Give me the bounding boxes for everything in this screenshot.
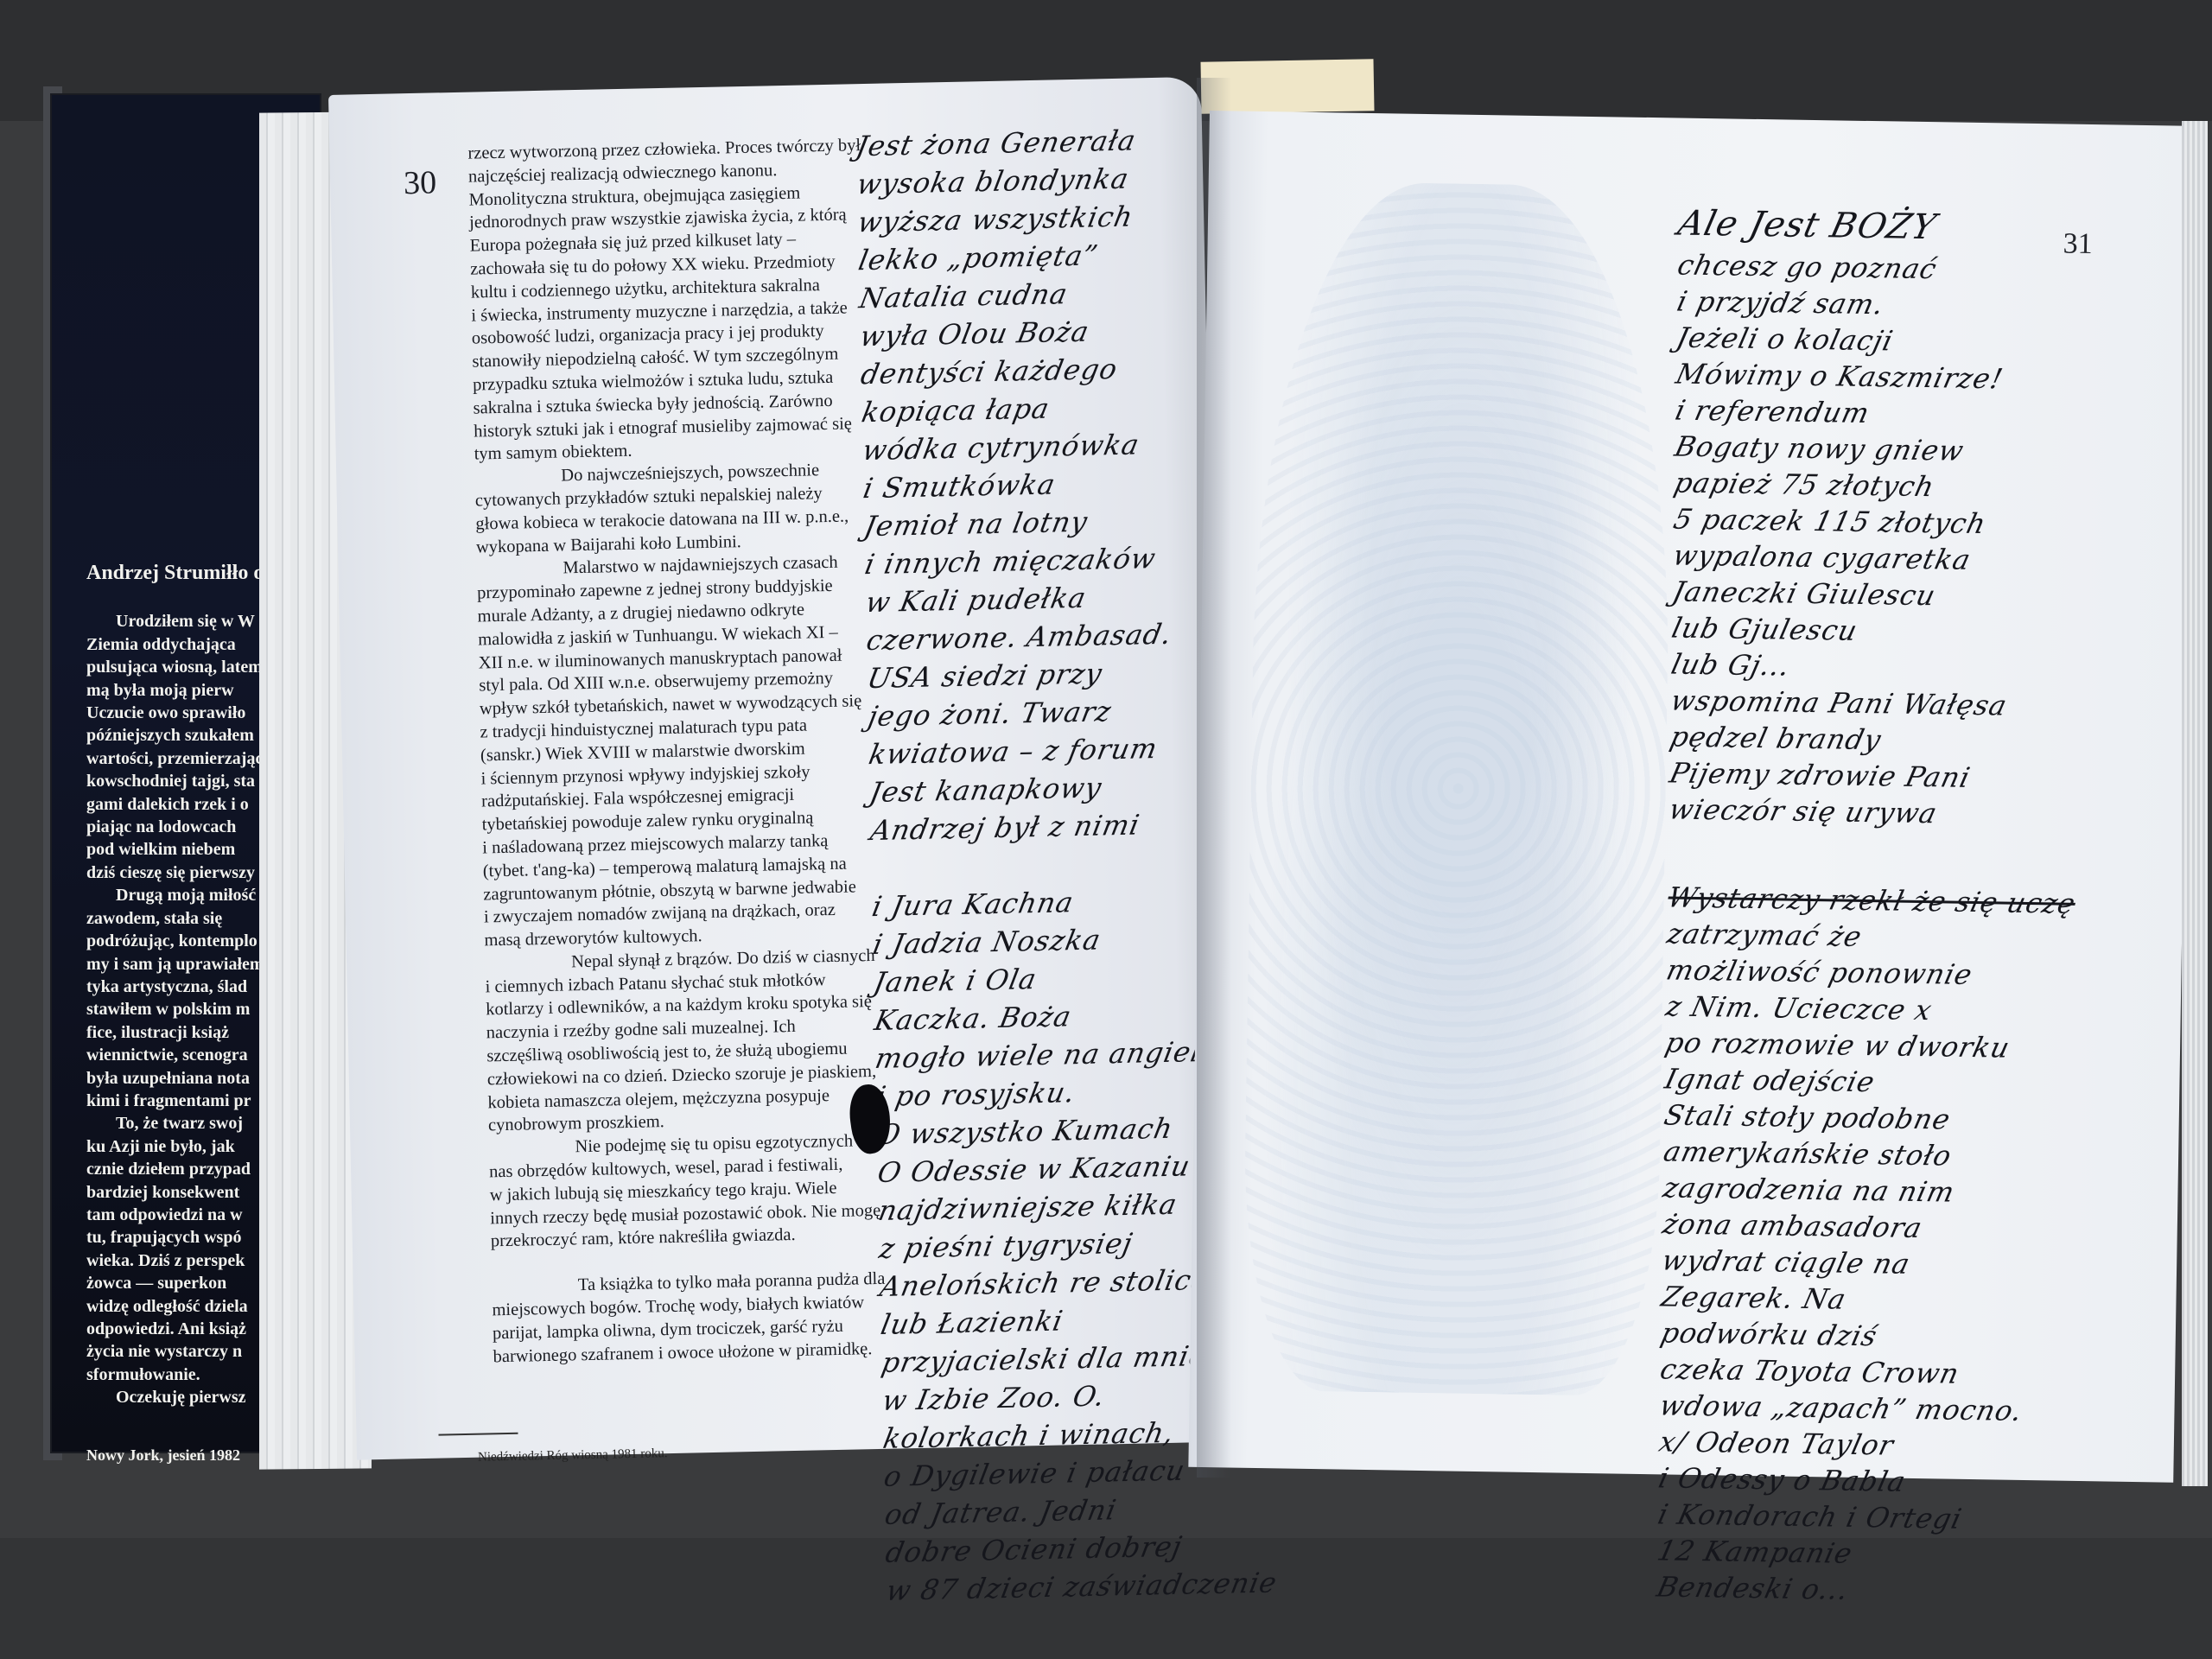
handwritten-line: możliwość ponownie [1663, 952, 2069, 995]
faint-illustration [1242, 181, 1675, 1396]
handwritten-line: lub Gjulescu [1669, 610, 2075, 652]
handwritten-line: i Odessy o Babla [1655, 1459, 2061, 1502]
footnote: Niedźwiedzi Róg wiosną 1981 roku. [478, 1446, 668, 1465]
book-spine-shadow [1197, 78, 1231, 1478]
handwritten-line: zagrodzenia na nim [1660, 1169, 2066, 1211]
handwritten-line: żona ambasadora [1659, 1205, 2065, 1248]
handwritten-line [1663, 828, 2073, 886]
left-page: 30 rzecz wytworzoną przez człowieka. Pro… [328, 77, 1230, 1460]
handwritten-line: wieczór się urywa [1666, 791, 2072, 834]
handwritten-line: amerykańskie stoło [1660, 1133, 2066, 1175]
handwritten-line: Zegarek. Na [1658, 1278, 2064, 1320]
handwritten-line: Bendeski o... [1653, 1568, 2059, 1611]
handwritten-line: wdowa „zapach” mocno. [1656, 1387, 2063, 1429]
printed-text: rzecz wytworzoną przez człowieka. Proces… [467, 133, 925, 1369]
handwritten-line: papież 75 złotych [1671, 465, 2077, 507]
handwritten-line: z Nim. Ucieczce x [1662, 988, 2069, 1031]
handwriting-left: Jest żona Generaławysoka blondynkawyższa… [856, 120, 1216, 1610]
handwritten-line: lub Gj... [1668, 646, 2074, 689]
page-number-left: 30 [404, 163, 437, 202]
handwritten-line: wspomina Pani Wałęsa [1668, 683, 2074, 725]
handwritten-line: Ale Jest BOŻY [1674, 200, 2082, 253]
handwritten-line: 5 paczek 115 złotych [1670, 501, 2076, 543]
handwritten-line: i przyjdź sam. [1674, 283, 2080, 326]
handwritten-line: podwórku dziś [1657, 1314, 2063, 1357]
handwritten-line: Mówimy o Kaszmirze! [1672, 356, 2078, 398]
page-stack-right [2182, 121, 2208, 1486]
handwritten-line: Bogaty nowy gniew [1671, 429, 2077, 471]
handwritten-line: wypalona cygaretka [1669, 537, 2075, 580]
handwritten-line: 12 Kampanie [1654, 1532, 2060, 1574]
handwritten-line: w 87 dzieci zaświadczenie [883, 1565, 1218, 1610]
handwritten-line: wydrat ciągle na [1658, 1242, 2064, 1284]
handwritten-line: Ignat odejście [1662, 1060, 2068, 1103]
right-page: 31 Ale Jest BOŻYchcesz go poznaći przyjd… [1188, 111, 2195, 1483]
handwritten-line: i Kondorach i Ortegi [1655, 1496, 2061, 1538]
handwriting-right: Ale Jest BOŻYchcesz go poznaći przyjdź s… [1657, 200, 2076, 1611]
handwritten-line: x/ Odeon Taylor [1656, 1423, 2062, 1465]
footnote-rule [438, 1433, 518, 1436]
handwritten-line: Stali stoły podobne [1661, 1096, 2067, 1139]
handwritten-line: pędzel brandy [1667, 719, 2073, 761]
handwritten-line: chcesz go poznać [1674, 247, 2080, 289]
handwritten-line: czeka Toyota Crown [1656, 1351, 2063, 1393]
handwritten-line: po rozmowie w dworku [1662, 1025, 2068, 1067]
handwritten-line: zatrzymać że [1663, 916, 2069, 958]
handwritten-line: i referendum [1672, 392, 2078, 435]
handwritten-line: Wystarczy rzekł że się uczę [1664, 880, 2070, 922]
handwritten-line: Jeżeli o kolacji [1673, 320, 2079, 362]
handwritten-line: Janeczki Giulescu [1669, 574, 2075, 616]
handwritten-line: Pijemy zdrowie Pani [1666, 755, 2072, 798]
